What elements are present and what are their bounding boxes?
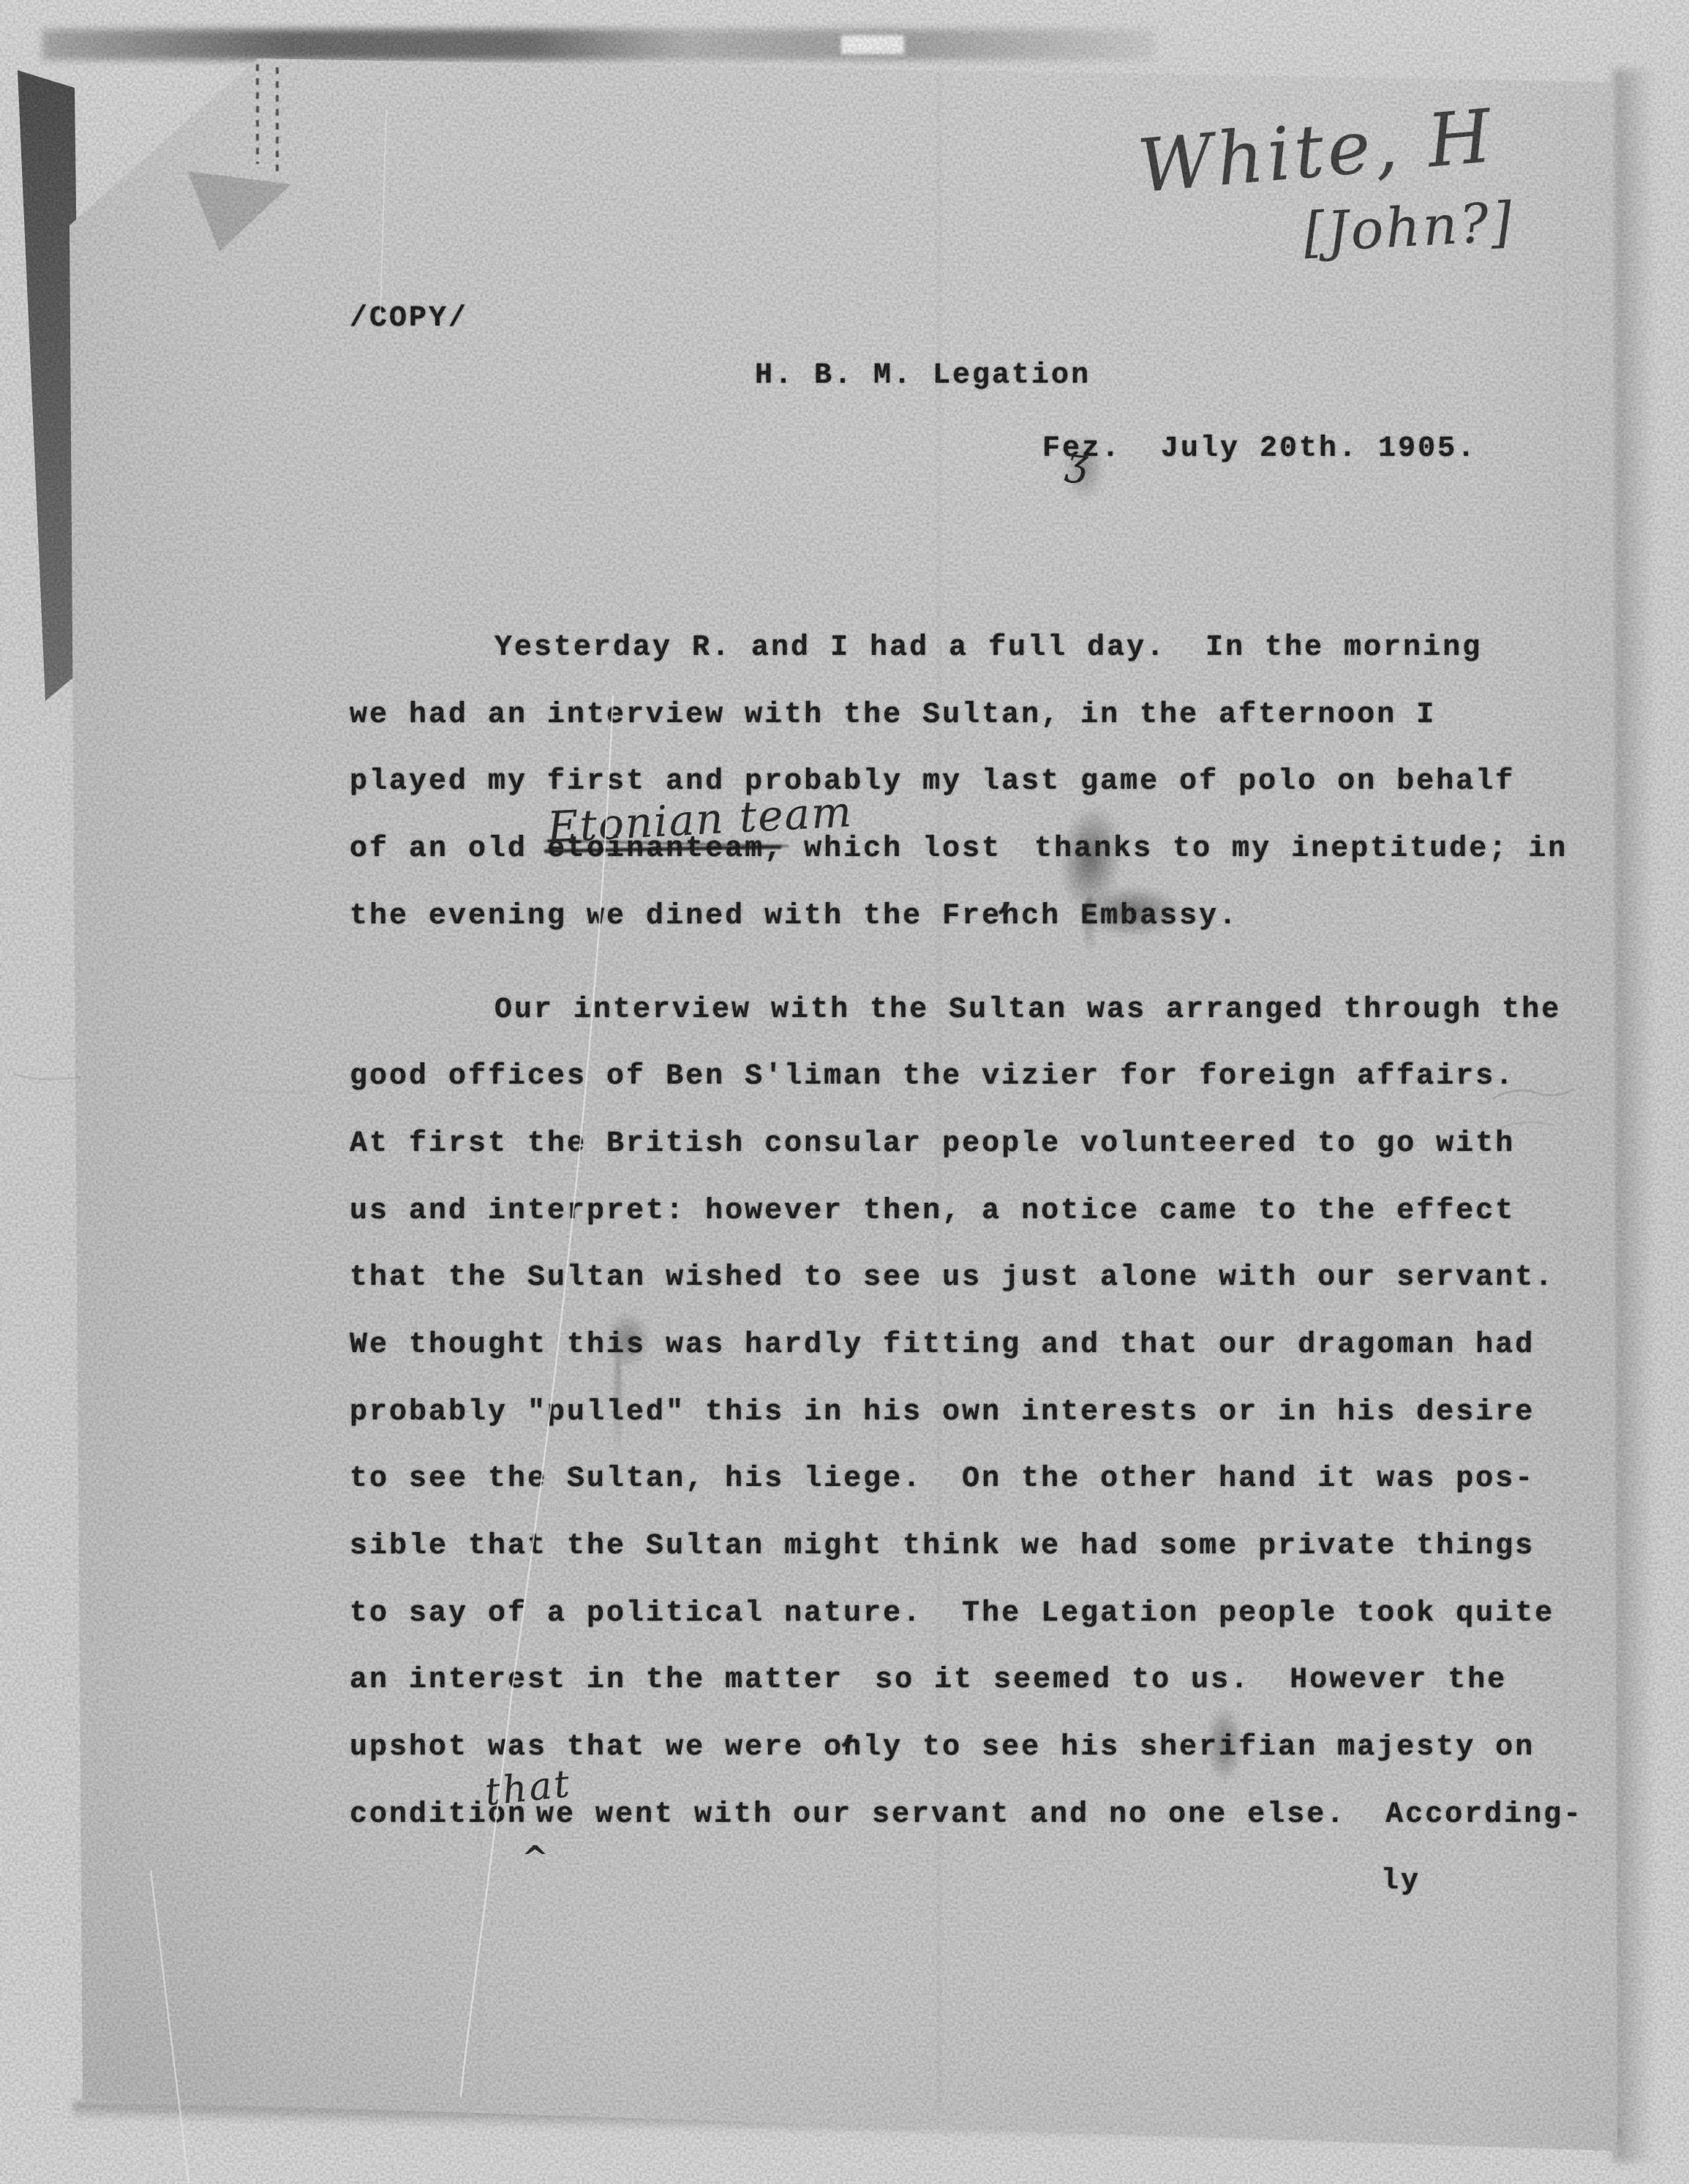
- typed-line: to see the Sultan, his liege. On the oth…: [350, 1465, 1535, 1494]
- typed-line: good offices of Ben S'liman the vizier f…: [350, 1062, 1515, 1092]
- scanned-letter-photo: White, H [John?] /COPY/ H. B. M. Legatio…: [0, 0, 1689, 2184]
- pencil-scribble: [13, 1074, 80, 1079]
- typed-line: Yesterday R. and I had a full day. In th…: [494, 634, 1482, 663]
- copy-mark: /COPY/: [350, 304, 468, 334]
- typed-segment: of an old: [350, 833, 547, 866]
- dateline: Fez. July 20th. 1905.: [1042, 435, 1477, 464]
- staple-mark: [256, 64, 259, 164]
- typed-line: us and interpret: however then, a notice…: [350, 1197, 1515, 1226]
- typed-line-with-correction: of an old etoinanteam, which lost, thank…: [350, 835, 1568, 864]
- typed-line: we had an interview with the Sultan, in …: [350, 701, 1436, 730]
- letter-page: White, H [John?] /COPY/ H. B. M. Legatio…: [0, 0, 1689, 2184]
- typed-line: ly: [1381, 1867, 1421, 1896]
- typed-line: probably "pulled" this in his own intere…: [350, 1398, 1535, 1427]
- handwritten-fez-z: ʒ: [1064, 440, 1090, 486]
- handwritten-insert-that: that: [484, 1769, 573, 1807]
- caret-mark: ^: [522, 1844, 551, 1873]
- typed-line: We thought this was hardly fitting and t…: [350, 1331, 1535, 1360]
- legation-header: H. B. M. Legation: [755, 361, 1091, 391]
- typed-segment: an interest in the matter: [350, 1664, 843, 1697]
- typed-line: upshot was that we were only to see his …: [350, 1733, 1535, 1763]
- stacked-sheet-edge-shadow: [42, 29, 1154, 60]
- typed-line-with-correction: an interest in the matter, so it seemed …: [350, 1666, 1507, 1695]
- typed-segment: so it seemed to us. However the: [855, 1664, 1507, 1697]
- paper-edge-highlight: [841, 35, 904, 54]
- staple-mark: [276, 67, 279, 174]
- right-edge-shadow: [1614, 70, 1655, 2162]
- typed-line: sible that the Sultan might think we had…: [350, 1532, 1535, 1561]
- typed-line: the evening we dined with the French Emb…: [350, 902, 1238, 931]
- handwritten-owner-name: White, H: [1135, 93, 1499, 209]
- typed-line: that the Sultan wished to see us just al…: [350, 1264, 1554, 1293]
- typed-line: Our interview with the Sultan was arrang…: [494, 996, 1561, 1025]
- typed-segment: thanks to my ineptitude; in: [1015, 833, 1568, 866]
- typed-line: At first the British consular people vol…: [350, 1130, 1515, 1159]
- typed-segment: we went with our servant and no one else…: [536, 1798, 1583, 1831]
- handwritten-owner-name-alt: [John?]: [1302, 191, 1516, 265]
- typed-line-with-correction: conditionthat^we went with our servant a…: [350, 1801, 1583, 1830]
- typed-line: played my first and probably my last gam…: [350, 768, 1515, 797]
- typed-line: to say of a political nature. The Legati…: [350, 1599, 1554, 1629]
